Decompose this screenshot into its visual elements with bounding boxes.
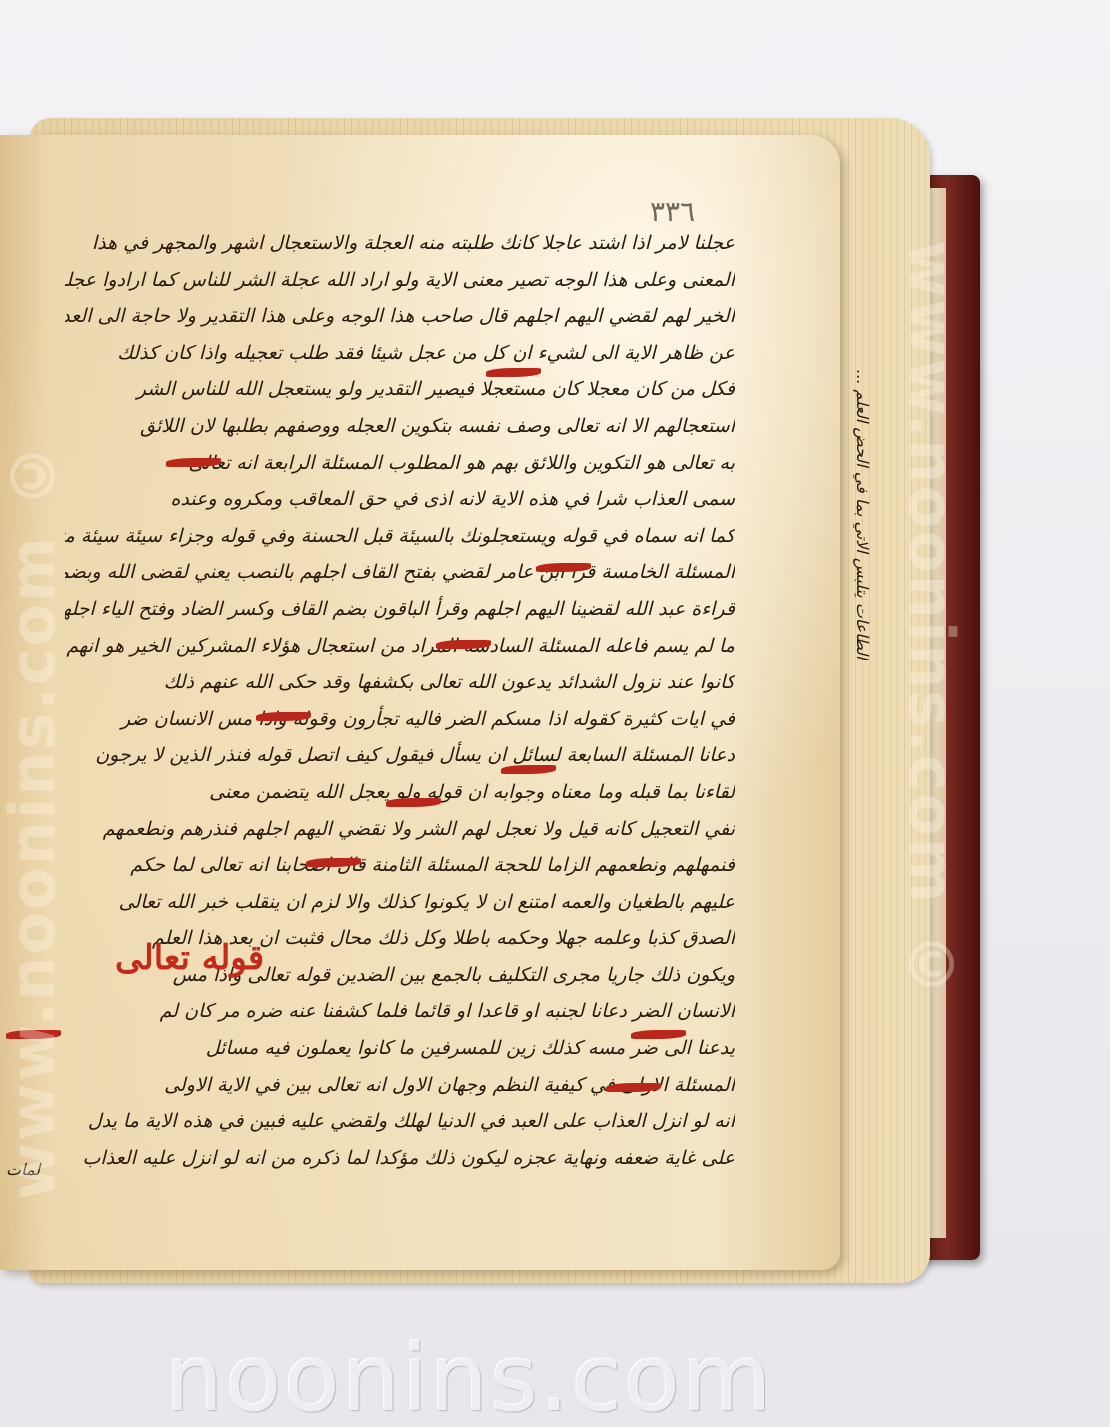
text-line: المعنى وعلى هذا الوجه تصير معنى الاية ول… (65, 262, 735, 299)
folio-number: ٣٣٦ (650, 195, 695, 228)
text-line: المسئلة الخامسة قرا ابن عامر لقضي بفتح ا… (65, 554, 735, 591)
red-rubric-mark (256, 712, 311, 721)
text-line: الخير لهم لقضي اليهم اجلهم قال صاحب هذا … (65, 298, 735, 335)
red-heading: قوله تعالى (115, 938, 264, 978)
red-rubric-mark (486, 368, 541, 377)
red-rubric-mark (606, 1083, 661, 1092)
text-line: فنمهلهم ونطعمهم الزاما للحجة المسئلة الث… (65, 847, 735, 884)
text-line: قراءة عبد الله لقضينا اليهم اجلهم وقرأ ا… (65, 591, 735, 628)
text-line: عن ظاهر الاية الى لشيء ان كل من عجل شيئا… (65, 335, 735, 372)
text-line: كما انه سماه في قوله ويستعجلونك بالسيئة … (65, 518, 735, 555)
red-rubric-mark (536, 563, 591, 572)
watermark-right: www.noonins.com © (895, 240, 968, 1200)
red-rubric-mark (386, 798, 441, 807)
text-line: انه لو انزل العذاب على العبد في الدنيا ل… (65, 1103, 735, 1140)
text-line: في ايات كثيرة كقوله اذا مسكم الضر فاليه … (65, 701, 735, 738)
red-rubric-mark (631, 1030, 686, 1039)
red-rubric-mark (436, 640, 491, 649)
text-line: الانسان الضر دعانا لجنبه او قاعدا او قائ… (65, 993, 735, 1030)
watermark-bottom: noonins.com (165, 1325, 774, 1427)
text-line: كانوا عند نزول الشدائد يدعون الله تعالى … (65, 664, 735, 701)
red-rubric-mark (501, 765, 556, 774)
text-line: دعانا المسئلة السابعة لسائل ان يسأل فيقو… (65, 737, 735, 774)
red-rubric-mark (306, 858, 361, 867)
text-line: استعجالهم الا انه تعالى وصف نفسه بتكوين … (65, 408, 735, 445)
text-line: نفي التعجيل كانه قيل ولا نعجل لهم الشر و… (65, 811, 735, 848)
text-line: فكل من كان معجلا كان مستعجلا فيصير التقد… (65, 371, 735, 408)
red-rubric-mark (166, 458, 221, 467)
text-line: عليهم بالطغيان والعمه امتنع ان لا يكونوا… (65, 884, 735, 921)
text-line: سمى العذاب شرا في هذه الاية لانه اذى في … (65, 481, 735, 518)
text-line: ما لم يسم فاعله المسئلة السادسة المراد م… (65, 628, 735, 665)
watermark-left: www.noonins.com © (0, 240, 69, 1200)
text-line: على غاية ضعفه ونهاية عجزه ليكون ذلك مؤكد… (65, 1140, 735, 1177)
marginal-note: الطاعات يتلبس الاتي بما في الحض العلم ..… (842, 200, 872, 660)
manuscript-photo: ٣٣٦ الطاعات يتلبس الاتي بما في الحض العل… (0, 0, 1110, 1427)
text-line: عجلنا لامر اذا اشتد عاجلا كانك طلبته منه… (65, 225, 735, 262)
